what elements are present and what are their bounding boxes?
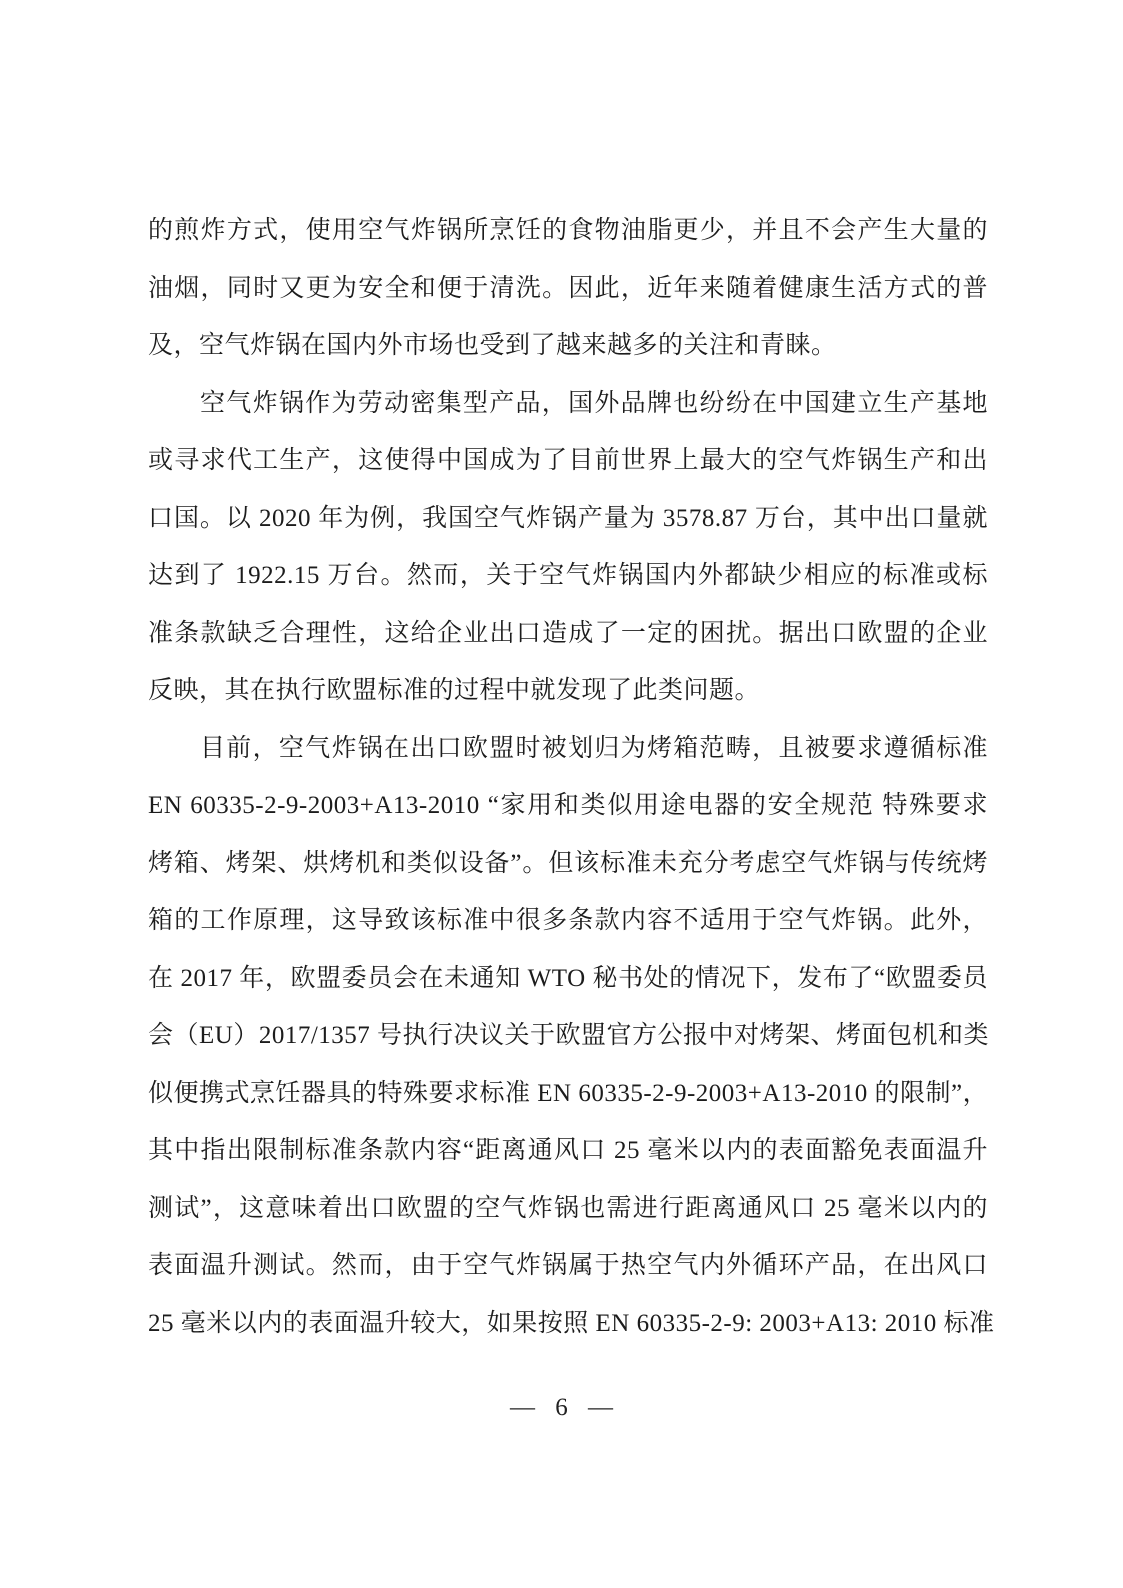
document-line: 的煎炸方式，使用空气炸锅所烹饪的食物油脂更少，并且不会产生大量的 — [148, 202, 988, 260]
document-line: 油烟，同时又更为安全和便于清洗。因此，近年来随着健康生活方式的普 — [148, 260, 988, 318]
document-line: 测试”，这意味着出口欧盟的空气炸锅也需进行距离通风口 25 毫米以内的 — [148, 1180, 988, 1238]
page-number-footer: — 6 — — [0, 1388, 1123, 1428]
paragraph: 目前，空气炸锅在出口欧盟时被划归为烤箱范畴，且被要求遵循标准 EN 60335-… — [148, 720, 988, 1353]
document-line: 其中指出限制标准条款内容“距离通风口 25 毫米以内的表面豁免表面温升 — [148, 1122, 988, 1180]
document-line: 25 毫米以内的表面温升较大，如果按照 EN 60335-2-9: 2003+A… — [148, 1295, 988, 1353]
document-page: 的煎炸方式，使用空气炸锅所烹饪的食物油脂更少，并且不会产生大量的 油烟，同时又更… — [0, 0, 1123, 1588]
document-line: 似便携式烹饪器具的特殊要求标准 EN 60335-2-9-2003+A13-20… — [148, 1065, 988, 1123]
paragraph: 的煎炸方式，使用空气炸锅所烹饪的食物油脂更少，并且不会产生大量的 油烟，同时又更… — [148, 202, 988, 375]
document-line: 会（EU）2017/1357 号执行决议关于欧盟官方公报中对烤架、烤面包机和类 — [148, 1007, 988, 1065]
paragraph: 空气炸锅作为劳动密集型产品，国外品牌也纷纷在中国建立生产基地 或寻求代工生产，这… — [148, 375, 988, 720]
document-line: 达到了 1922.15 万台。然而，关于空气炸锅国内外都缺少相应的标准或标 — [148, 547, 988, 605]
document-line: EN 60335-2-9-2003+A13-2010 “家用和类似用途电器的安全… — [148, 777, 988, 835]
document-body: 的煎炸方式，使用空气炸锅所烹饪的食物油脂更少，并且不会产生大量的 油烟，同时又更… — [148, 202, 988, 1352]
document-line: 表面温升测试。然而，由于空气炸锅属于热空气内外循环产品，在出风口 — [148, 1237, 988, 1295]
document-line: 烤箱、烤架、烘烤机和类似设备”。但该标准未充分考虑空气炸锅与传统烤 — [148, 835, 988, 893]
document-line: 准条款缺乏合理性，这给企业出口造成了一定的困扰。据出口欧盟的企业 — [148, 605, 988, 663]
document-line: 或寻求代工生产，这使得中国成为了目前世界上最大的空气炸锅生产和出 — [148, 432, 988, 490]
document-line: 目前，空气炸锅在出口欧盟时被划归为烤箱范畴，且被要求遵循标准 — [148, 720, 988, 778]
document-line: 箱的工作原理，这导致该标准中很多条款内容不适用于空气炸锅。此外， — [148, 892, 988, 950]
document-line: 口国。以 2020 年为例，我国空气炸锅产量为 3578.87 万台，其中出口量… — [148, 490, 988, 548]
document-line: 在 2017 年，欧盟委员会在未通知 WTO 秘书处的情况下，发布了“欧盟委员 — [148, 950, 988, 1008]
document-line: 反映，其在执行欧盟标准的过程中就发现了此类问题。 — [148, 662, 988, 720]
document-line: 及，空气炸锅在国内外市场也受到了越来越多的关注和青睐。 — [148, 317, 988, 375]
document-line: 空气炸锅作为劳动密集型产品，国外品牌也纷纷在中国建立生产基地 — [148, 375, 988, 433]
